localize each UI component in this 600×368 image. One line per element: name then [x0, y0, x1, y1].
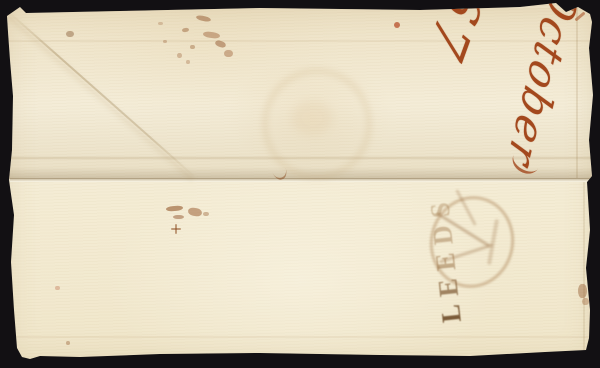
ink-mark	[66, 341, 70, 345]
manuscript-year: 67	[415, 0, 494, 74]
ink-mark	[582, 298, 589, 305]
ink-mark	[163, 40, 167, 43]
ink-mark	[203, 31, 221, 39]
ink-mark	[175, 224, 177, 234]
ink-mark	[173, 215, 184, 219]
fold-crease-top	[8, 40, 593, 42]
ink-mark	[394, 22, 400, 28]
ink-mark	[190, 45, 195, 49]
letter-paper: October 67 LEEDS	[0, 0, 600, 368]
ink-mark	[224, 50, 233, 57]
ink-mark	[66, 31, 74, 37]
ink-mark	[186, 60, 190, 64]
ink-mark	[158, 22, 163, 25]
manuscript-date-word: October	[498, 0, 588, 176]
photo-frame: October 67 LEEDS	[0, 0, 600, 368]
ink-mark	[182, 28, 189, 33]
vertical-crease-right-bottom	[583, 182, 585, 350]
diagonal-fold-crease	[9, 12, 196, 178]
ink-mark	[166, 205, 183, 211]
diagonal-fold-shadow	[4, 12, 196, 183]
ink-mark	[578, 284, 587, 298]
fold-crease-bottom	[14, 336, 589, 338]
ink-mark	[214, 39, 226, 48]
ink-mark	[187, 207, 202, 217]
ink-mark	[55, 286, 60, 290]
flap-edge	[10, 178, 593, 182]
ink-mark	[292, 100, 332, 136]
ink-mark	[196, 14, 212, 22]
ink-mark	[177, 53, 182, 58]
ink-mark	[203, 212, 209, 216]
